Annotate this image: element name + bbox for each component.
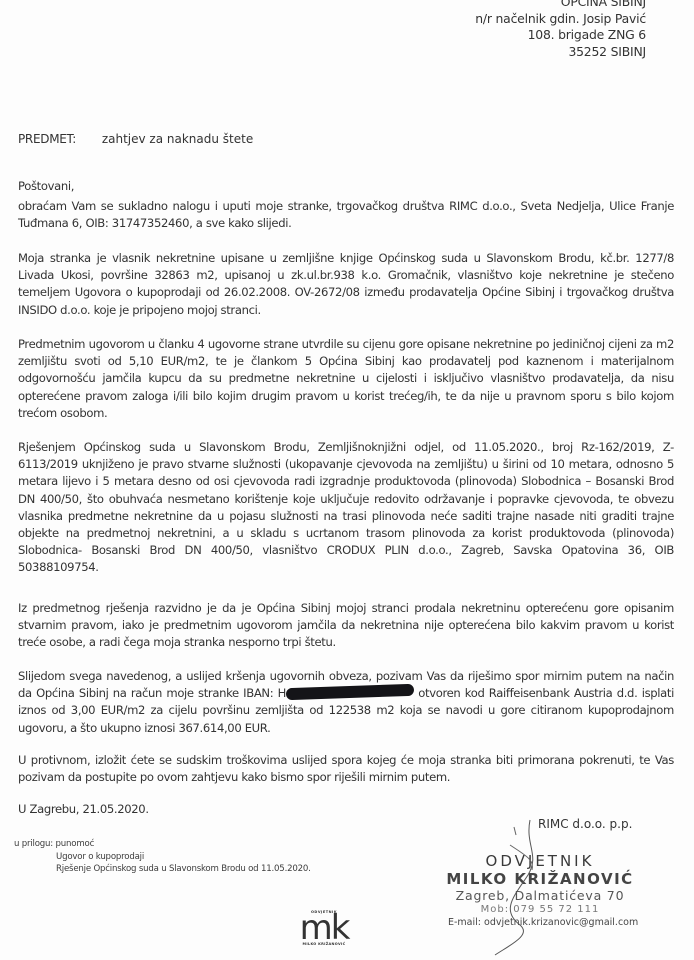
attachments-list: u prilogu: punomoć Ugovor o kupoprodaji … [14, 838, 311, 876]
stamp-name: MILKO KRIŽANOVIĆ [440, 870, 640, 888]
recipient-line: OPĆINA SIBINJ [475, 0, 646, 11]
redacted-iban [286, 684, 414, 700]
law-office-logo: ODVJETNIK mk MILKO KRIŽANOVIĆ [296, 910, 352, 947]
logo-bottom-text: MILKO KRIŽANOVIĆ [296, 942, 352, 947]
attachment-item: Ugovor o kupoprodaji [14, 851, 311, 864]
paragraph-intro: obraćam Vam se sukladno nalogu i uputi m… [18, 198, 674, 232]
subject-label: PREDMET: [18, 132, 98, 146]
stamp-address: Zagreb, Dalmatićeva 70 [440, 888, 640, 903]
signatory-company: RIMC d.o.o. p.p. [538, 817, 632, 831]
recipient-address: OPĆINA SIBINJ n/r načelnik gdin. Josip P… [475, 0, 646, 60]
letter-page: OPĆINA SIBINJ n/r načelnik gdin. Josip P… [0, 0, 694, 960]
recipient-line: 108. brigade ZNG 6 [475, 27, 646, 44]
paragraph-closing: U protivnom, izložit ćete se sudskim tro… [18, 752, 674, 786]
paragraph-court-ruling: Rješenjem Općinskog suda u Slavonskom Br… [18, 439, 674, 577]
stamp-email: E-mail: odvjetnik.krizanovic@gmail.com [440, 916, 640, 929]
attachments-label: u prilogu: punomoć [14, 838, 311, 851]
subject-line: PREDMET: zahtjev za naknadu štete [18, 132, 253, 146]
logo-mark: mk [296, 914, 352, 942]
recipient-line: n/r načelnik gdin. Josip Pavić [475, 11, 646, 28]
attachment-item: Rješenje Općinskog suda u Slavonskom Bro… [14, 863, 311, 876]
recipient-line: 35252 SIBINJ [475, 44, 646, 61]
lawyer-stamp: ODVJETNIK MILKO KRIŽANOVIĆ Zagreb, Dalma… [440, 852, 640, 929]
subject-text: zahtjev za naknadu štete [102, 132, 253, 146]
paragraph-demand: Slijedom svega navedenog, a uslijed krše… [18, 668, 674, 737]
stamp-title: ODVJETNIK [440, 852, 640, 870]
stamp-phone: Mob: 079 55 72 111 [440, 903, 640, 916]
paragraph-conclusion: Iz predmetnog rješenja razvidno je da je… [18, 600, 674, 652]
place-date: U Zagrebu, 21.05.2020. [18, 801, 674, 818]
salutation: Poštovani, [18, 178, 674, 195]
paragraph-ownership: Moja stranka je vlasnik nekretnine upisa… [18, 250, 674, 319]
paragraph-contract: Predmetnim ugovorom u članku 4 ugovorne … [18, 336, 674, 422]
